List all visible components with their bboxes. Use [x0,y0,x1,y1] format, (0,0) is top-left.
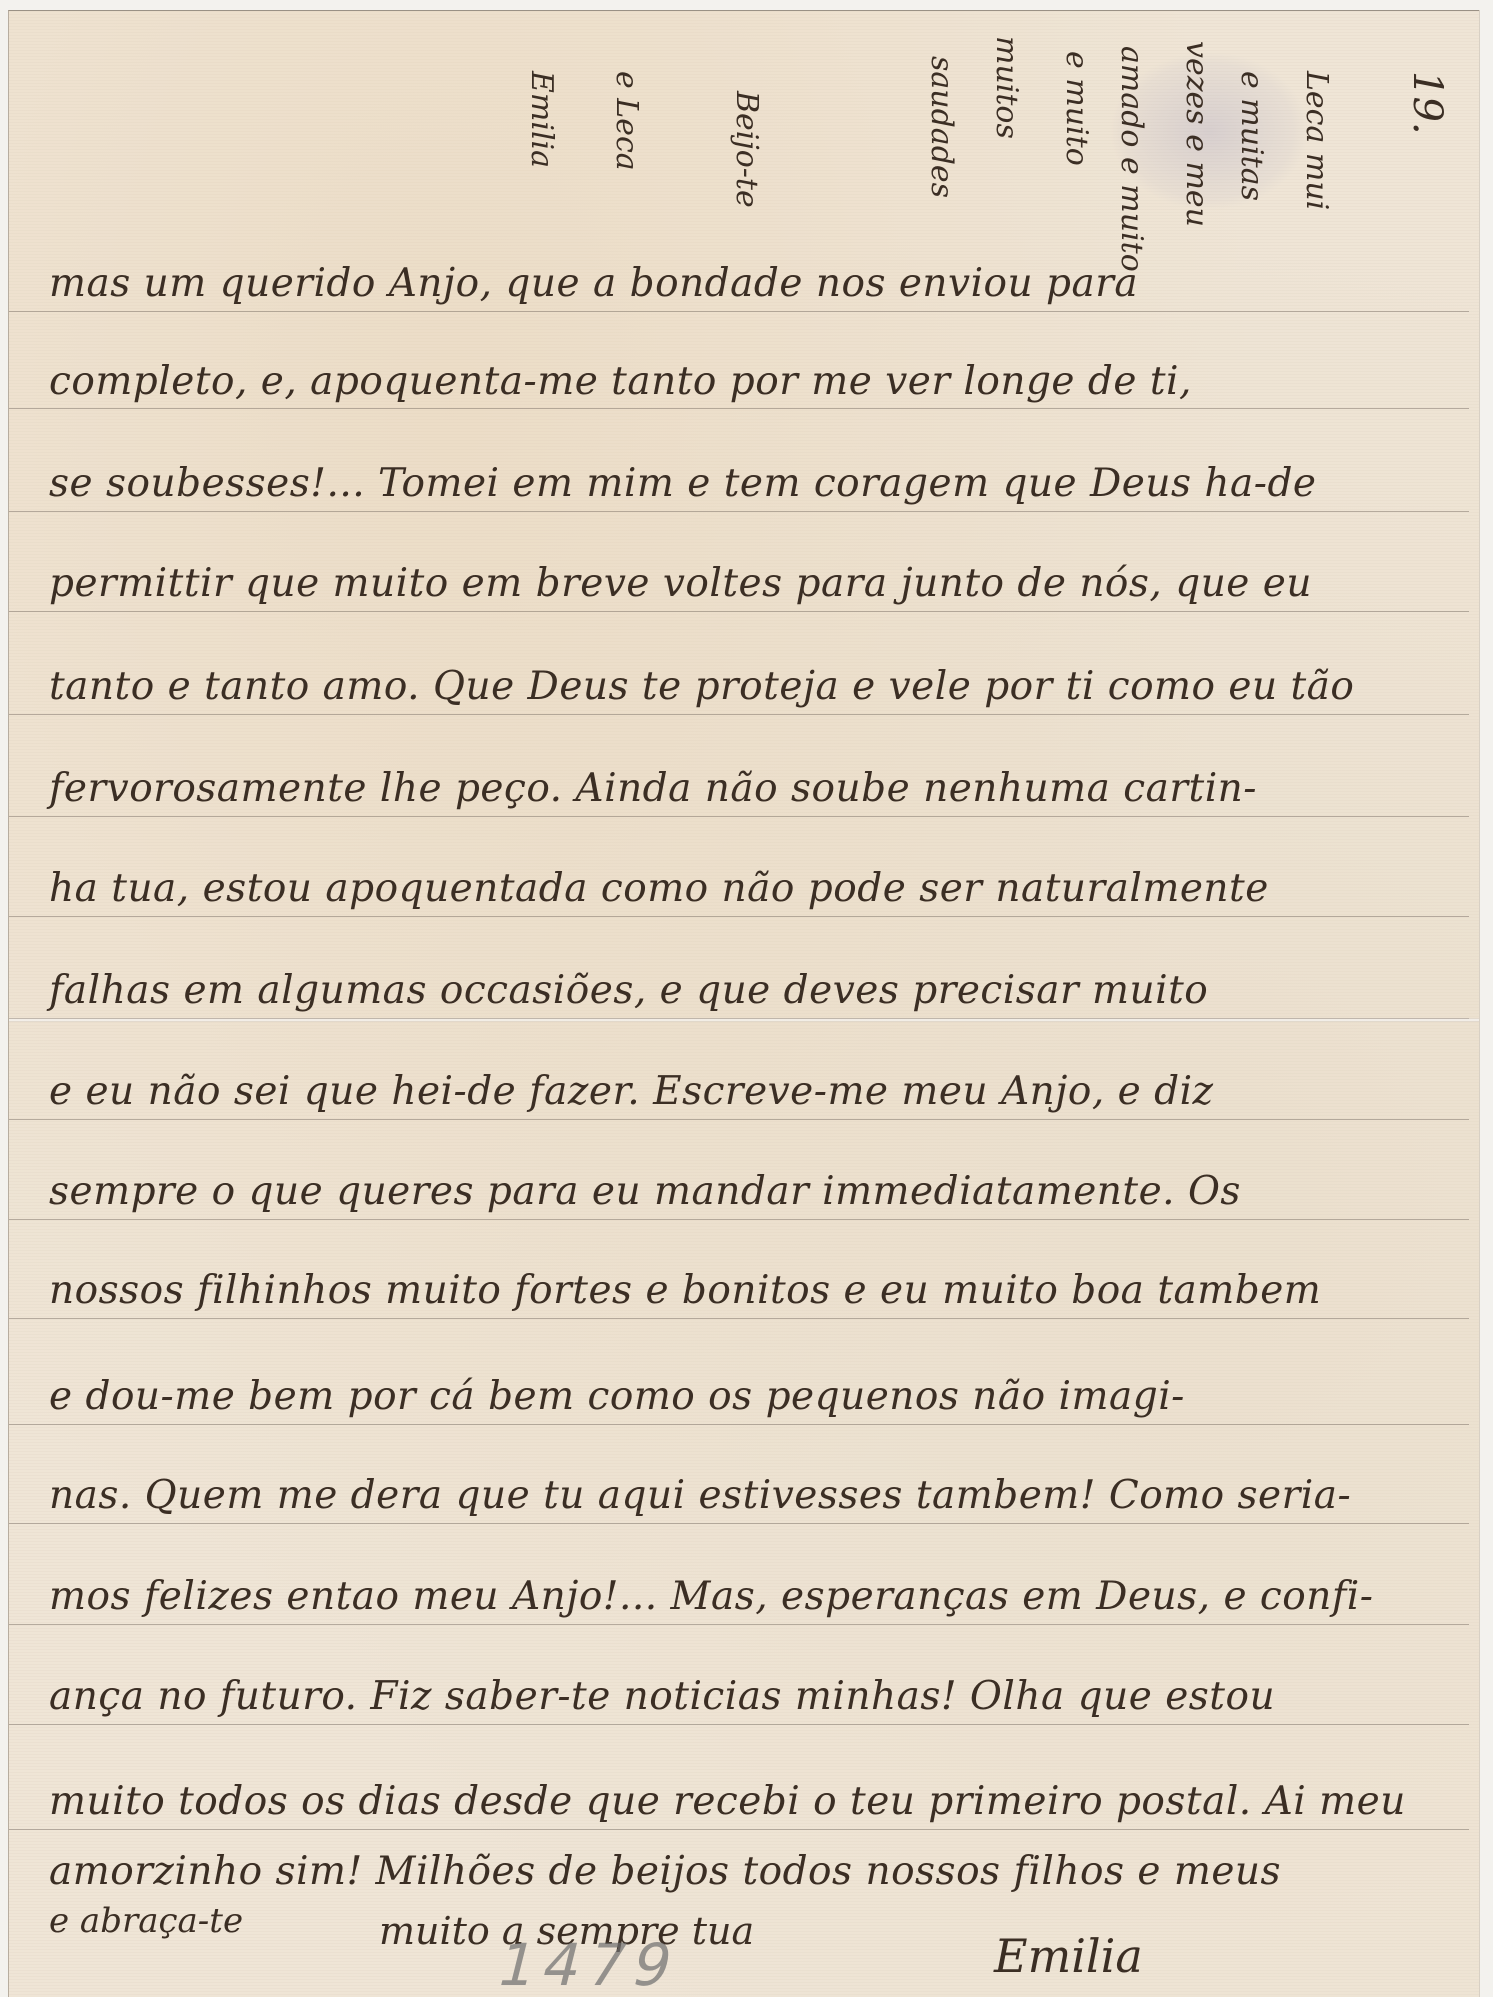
margin-note-line: e muitas [1234,71,1269,201]
letter-line: fervorosamente lhe peço. Ainda não soube… [49,766,1469,811]
ruled-line [9,1424,1469,1425]
ruled-line [9,511,1469,512]
ruled-line [9,408,1469,409]
ruled-line [9,916,1469,917]
ruled-line [9,1829,1469,1830]
margin-note-line: e muito [1059,51,1094,166]
letter-line: muito todos os dias desde que recebi o t… [49,1779,1469,1824]
letter-line: mas um querido Anjo, que a bondade nos e… [49,261,1469,306]
margin-note-line: e Leca [609,71,644,171]
margin-note-line: Emilia [524,71,559,168]
ruled-line [9,1724,1469,1725]
letter-line: amorzinho sim! Milhões de beijos todos n… [49,1849,1469,1894]
ruled-line [9,1624,1469,1625]
letter-line: permittir que muito em breve voltes para… [49,561,1469,606]
letter-line: tanto e tanto amo. Que Deus te proteja e… [49,664,1469,709]
letter-line: falhas em algumas occasiões, e que deves… [49,968,1469,1013]
letter-line: nas. Quem me dera que tu aqui estivesses… [49,1473,1469,1518]
letter-line: nossos filhinhos muito fortes e bonitos … [49,1268,1469,1313]
letter-line: e dou-me bem por cá bem como os pequenos… [49,1374,1469,1419]
letter-line: sempre o que queres para eu mandar immed… [49,1169,1469,1214]
ruled-line [9,1523,1469,1524]
ruled-line [9,1219,1469,1220]
ruled-line [9,1318,1469,1319]
archive-number-pencil: 1479 [491,1931,688,1997]
letter-line: ança no futuro. Fiz saber-te noticias mi… [49,1674,1469,1719]
margin-note-line: amado e muito [1114,46,1149,272]
ruled-line [9,1119,1469,1120]
ruled-line [9,714,1469,715]
letter-line: completo, e, apoquenta-me tanto por me v… [49,359,1469,404]
ruled-line [9,611,1469,612]
margin-note-line: saudades [924,56,959,198]
margin-note-line: Beijo-te [729,91,764,208]
fold-crease [9,1018,1479,1022]
ruled-line [9,816,1469,817]
ruled-line [9,311,1469,312]
letter-page: 19. Leca mui e muitas vezes e meu amado … [8,10,1479,1997]
letter-line: mos felizes entao meu Anjo!... Mas, espe… [49,1574,1469,1619]
letter-line: e eu não sei que hei-de fazer. Escreve-m… [49,1069,1469,1114]
margin-note-line: vezes e meu [1179,41,1214,227]
margin-note-line: Leca mui [1299,71,1334,210]
closing-left: e abraça-te [49,1901,243,1941]
letter-line: se soubesses!... Tomei em mim e tem cora… [49,461,1469,506]
signature: Emilia [994,1929,1143,1983]
page-number: 19. [1404,71,1450,135]
margin-note-line: muitos [989,36,1024,139]
letter-line: ha tua, estou apoquentada como não pode … [49,866,1469,911]
